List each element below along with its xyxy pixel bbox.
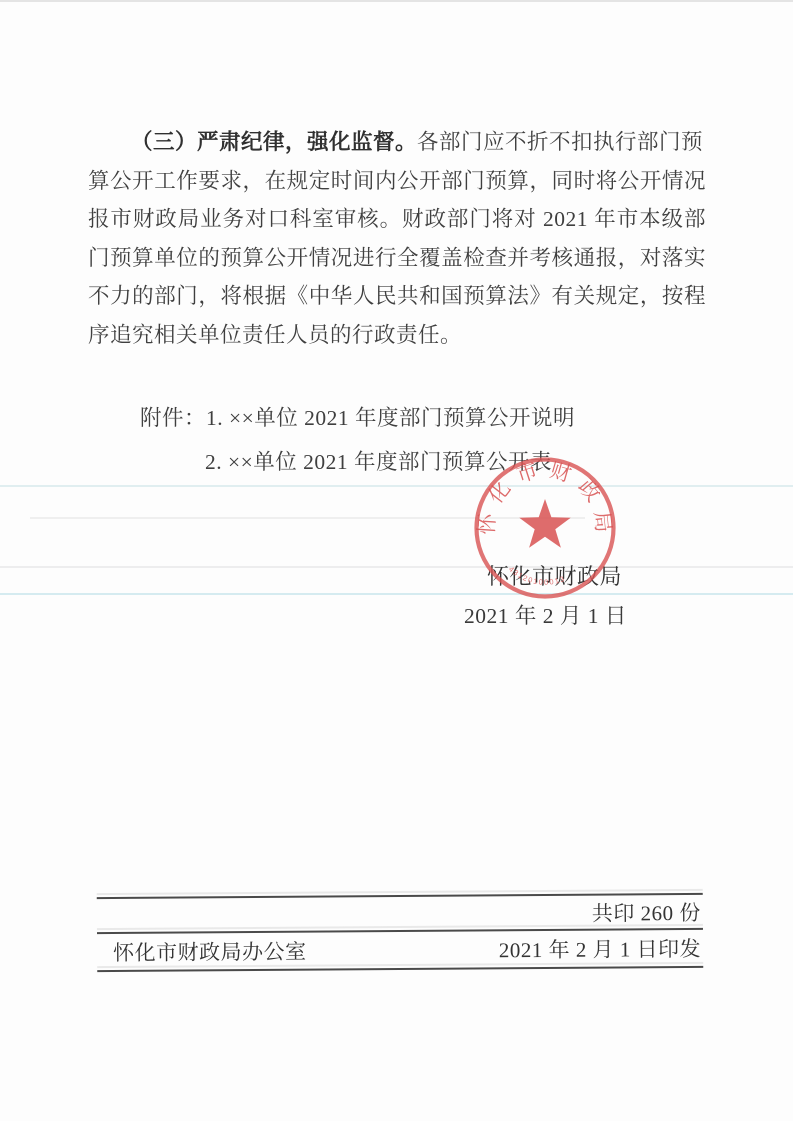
paragraph-line: 序追究相关单位责任人员的行政责任。 [88,316,706,355]
paragraph-line: 算公开工作要求，在规定时间内公开部门预算，同时将公开情况 [88,162,706,201]
attachment-item-1: 1. ××单位 2021 年度部门预算公开说明 [206,396,575,440]
paragraph-line: （三）严肃纪律，强化监督。各部门应不折不扣执行部门预 [88,123,706,162]
document-page: （三）严肃纪律，强化监督。各部门应不折不扣执行部门预 算公开工作要求，在规定时间… [0,0,793,1121]
body-paragraph: （三）严肃纪律，强化监督。各部门应不折不扣执行部门预 算公开工作要求，在规定时间… [88,123,706,355]
print-date: 2021 年 2 月 1 日印发 [499,933,703,964]
copies-count: 共印 260 份 [592,896,701,927]
scan-artifact-line [0,593,793,595]
imprint-row: 怀化市财政局办公室 2021 年 2 月 1 日印发 [97,930,703,970]
issue-date: 2021 年 2 月 1 日 [464,599,627,630]
attachments-label: 附件： [140,396,206,440]
paragraph-line: 不力的部门，将根据《中华人民共和国预算法》有关规定，按程 [88,277,706,316]
copies-row: 共印 260 份 [97,895,703,932]
paragraph-text: 各部门应不折不扣执行部门预 [417,130,703,154]
paragraph-line: 报市财政局业务对口科室审核。财政部门将对 2021 年市本级部 [88,200,706,239]
paragraph-line: 门预算单位的预算公开情况进行全覆盖检查并考核通报，对落实 [88,239,706,278]
print-footer: 共印 260 份 怀化市财政局办公室 2021 年 2 月 1 日印发 [97,893,704,972]
seal-code-text: 43120100013 [507,564,567,586]
scan-artifact-line [0,485,793,487]
seal-star-icon [519,499,570,548]
attachment-row: 附件： 1. ××单位 2021 年度部门预算公开说明 [140,396,660,440]
official-seal: 怀化市财政局 43120100013 [472,455,618,601]
paragraph-lead-bold: （三）严肃纪律，强化监督。 [131,130,417,154]
scan-artifact-line [0,566,793,568]
scan-page-edge [0,0,793,2]
issuing-office: 怀化市财政局办公室 [97,936,307,967]
